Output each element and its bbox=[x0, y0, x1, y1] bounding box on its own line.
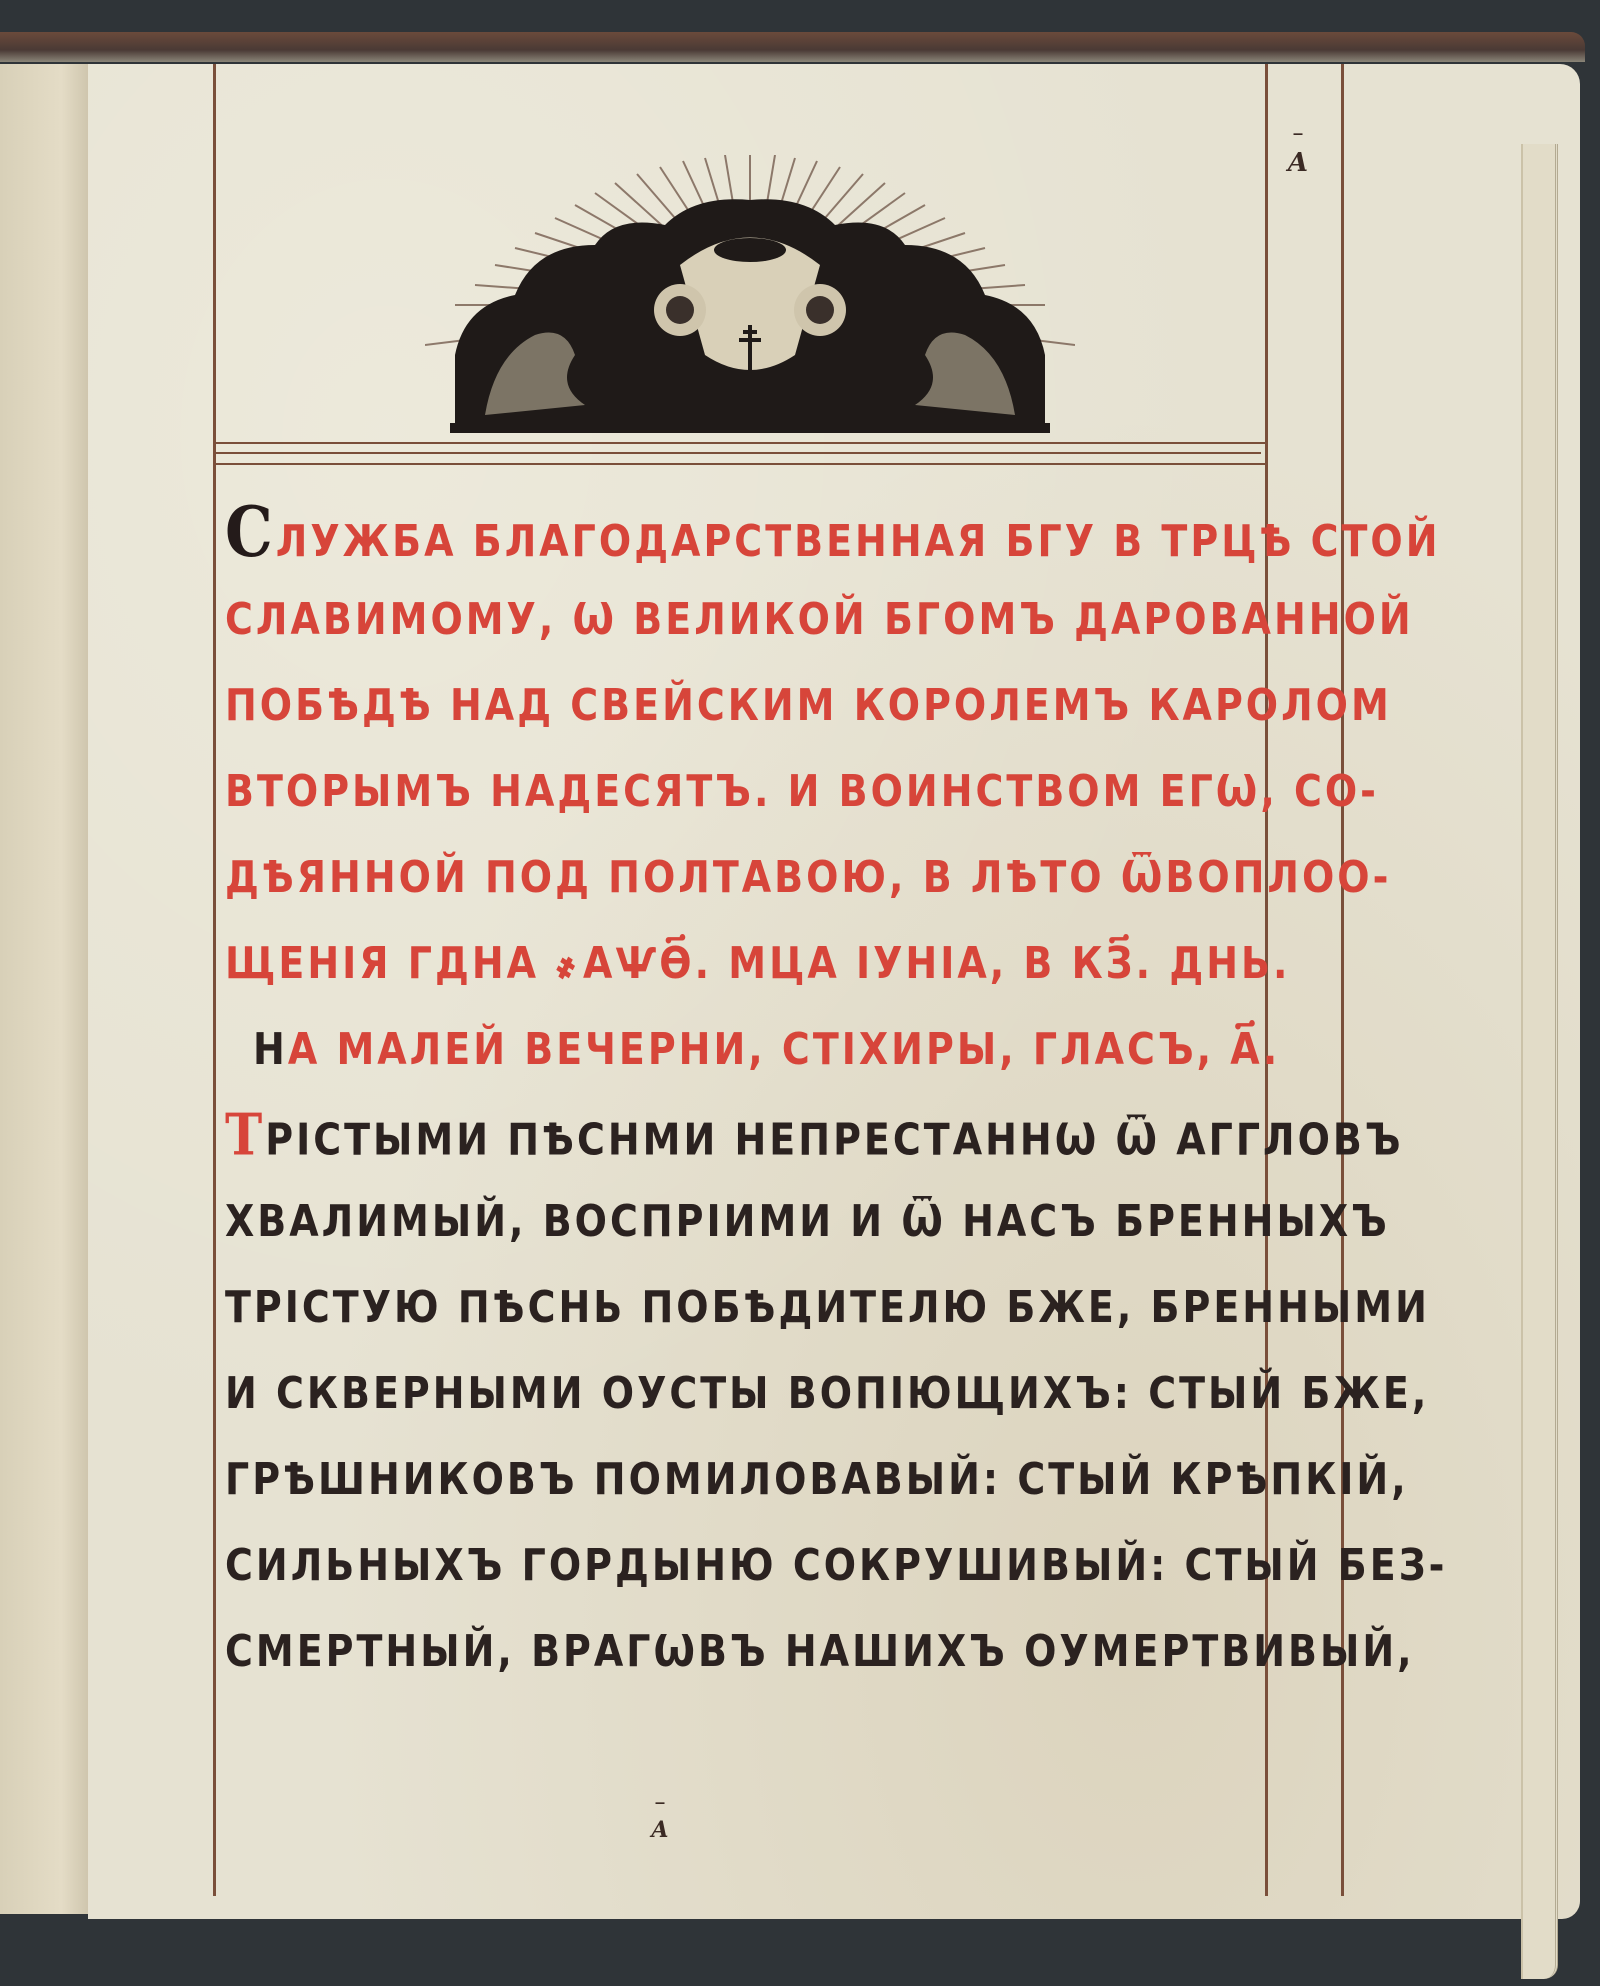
rubric-line: На малей вечерни, стіхиры, гласъ, а҃. bbox=[225, 1000, 1265, 1099]
folio-letter: А bbox=[1287, 148, 1308, 178]
folio-number: ‾ А bbox=[1278, 136, 1318, 178]
titlo-mark: ‾ bbox=[1278, 136, 1318, 148]
book-binding-top bbox=[0, 32, 1585, 62]
initial-letter: С bbox=[225, 493, 276, 574]
rubric-text: а малей вечерни, стіхиры, гласъ, а҃. bbox=[288, 1024, 1280, 1075]
text-block: Служба благодарственная Бгу в Трцѣ стой … bbox=[225, 490, 1265, 1694]
title-text: лужба благодарственная Бгу в Трцѣ стой bbox=[276, 516, 1441, 567]
body-initial: Т bbox=[225, 1101, 265, 1169]
left-margin-rule bbox=[213, 64, 216, 1896]
title-line-5: дѣянной под Полтавою, в лѣто ѿвоплоо- bbox=[225, 828, 1265, 927]
title-line-6: щенія Гдна ҂аѱѳ҃. мца Іуніа, в кз҃. днь. bbox=[225, 914, 1265, 1013]
title-line-1: Служба благодарственная Бгу в Трцѣ стой bbox=[225, 484, 1265, 583]
dove-icon bbox=[714, 238, 786, 262]
body-line-3: трістую пѣснь побѣдителю Бже, бренными bbox=[225, 1258, 1265, 1357]
body-line-4: и скверными оусты вопіющихъ: Стый Бже, bbox=[225, 1344, 1265, 1443]
body-line-1: Трістыми пѣснми непрестаннѡ ѿ аггловъ bbox=[225, 1086, 1265, 1185]
headpiece-rule-2 bbox=[215, 452, 1261, 454]
title-line-4: вторымъ надесятъ. И воинством егѡ, со- bbox=[225, 742, 1265, 841]
body-line-7: смертный, врагѡвъ нашихъ оумертвивый, bbox=[225, 1602, 1265, 1701]
headpiece-rule-1 bbox=[215, 442, 1265, 444]
trinity-headpiece-engraving bbox=[425, 155, 1075, 440]
body-line-6: сильныхъ гордыню сокрушивый: Стый без- bbox=[225, 1516, 1265, 1615]
title-line-3: побѣдѣ над свейским королемъ Каролом bbox=[225, 656, 1265, 755]
outer-margin-rule bbox=[1341, 64, 1344, 1896]
signature-mark: ‾ А bbox=[640, 1805, 680, 1843]
page-stack-edges bbox=[1521, 144, 1558, 1979]
headpiece-rule-3 bbox=[215, 463, 1265, 465]
rubric-initial: Н bbox=[253, 1024, 288, 1075]
facing-page-edge bbox=[0, 64, 90, 1914]
title-line-2: славимому, ѡ великой Бгомъ дарованной bbox=[225, 570, 1265, 669]
titlo-mark: ‾ bbox=[640, 1805, 680, 1817]
body-text: рістыми пѣснми непрестаннѡ ѿ аггловъ bbox=[265, 1114, 1403, 1165]
body-line-5: грѣшниковъ помиловавый: Стый крѣпкій, bbox=[225, 1430, 1265, 1529]
body-line-2: хвалимый, воспріими и ѿ насъ бренныхъ bbox=[225, 1172, 1265, 1271]
signature-letter: А bbox=[651, 1817, 669, 1843]
